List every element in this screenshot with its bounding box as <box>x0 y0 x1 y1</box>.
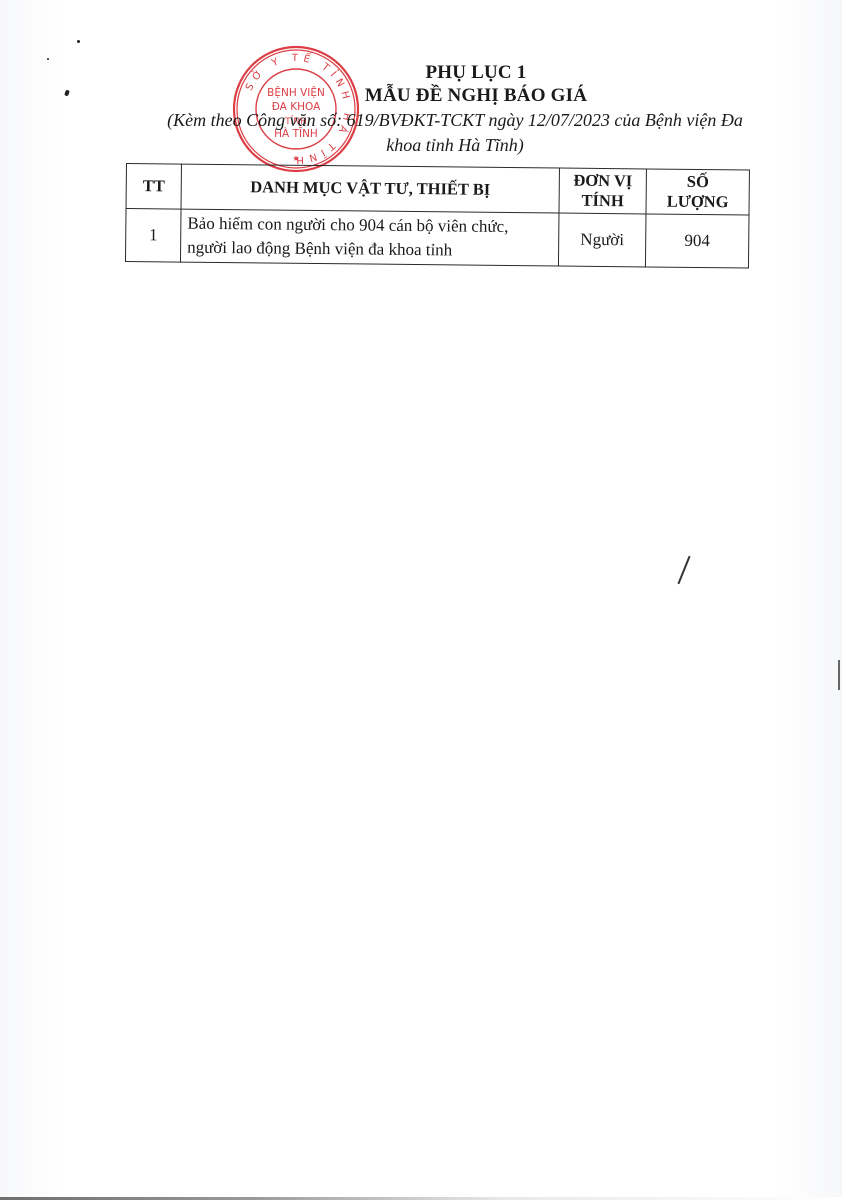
header-unit-line: TÍNH <box>566 191 640 212</box>
header-unit-line: ĐƠN VỊ <box>566 171 640 192</box>
quotation-table: TT DANH MỤC VẬT TƯ, THIẾT BỊ ĐƠN VỊ TÍNH… <box>125 163 750 269</box>
header-tt: TT <box>126 164 181 210</box>
header-unit: ĐƠN VỊ TÍNH <box>559 168 646 214</box>
subtitle-line: khoa tỉnh Hà Tĩnh) <box>125 133 785 158</box>
table-row: 1 Bảo hiểm con người cho 904 cán bộ viên… <box>125 209 749 269</box>
header-qty-line: LƯỢNG <box>653 192 743 213</box>
subtitle-line: (Kèm theo Công văn số: 619/BVĐKT-TCKT ng… <box>125 108 785 133</box>
cell-quantity: 904 <box>645 214 749 268</box>
cell-item-name: Bảo hiểm con người cho 904 cán bộ viên c… <box>180 209 559 266</box>
cell-unit: Người <box>558 213 646 267</box>
table-header-row: TT DANH MỤC VẬT TƯ, THIẾT BỊ ĐƠN VỊ TÍNH… <box>126 164 749 216</box>
header-qty-line: SỐ <box>653 172 743 193</box>
header-quantity: SỐ LƯỢNG <box>646 169 749 215</box>
document-title: MẪU ĐỀ NGHỊ BÁO GIÁ <box>55 85 842 107</box>
cell-tt: 1 <box>125 209 181 263</box>
scan-edge-mark <box>838 660 840 690</box>
document-subtitle: (Kèm theo Công văn số: 619/BVĐKT-TCKT ng… <box>125 108 785 158</box>
scan-speck <box>47 58 49 60</box>
appendix-title: PHỤ LỤC 1 <box>55 62 842 84</box>
scan-speck <box>77 40 80 43</box>
header-item-name: DANH MỤC VẬT TƯ, THIẾT BỊ <box>181 164 559 213</box>
